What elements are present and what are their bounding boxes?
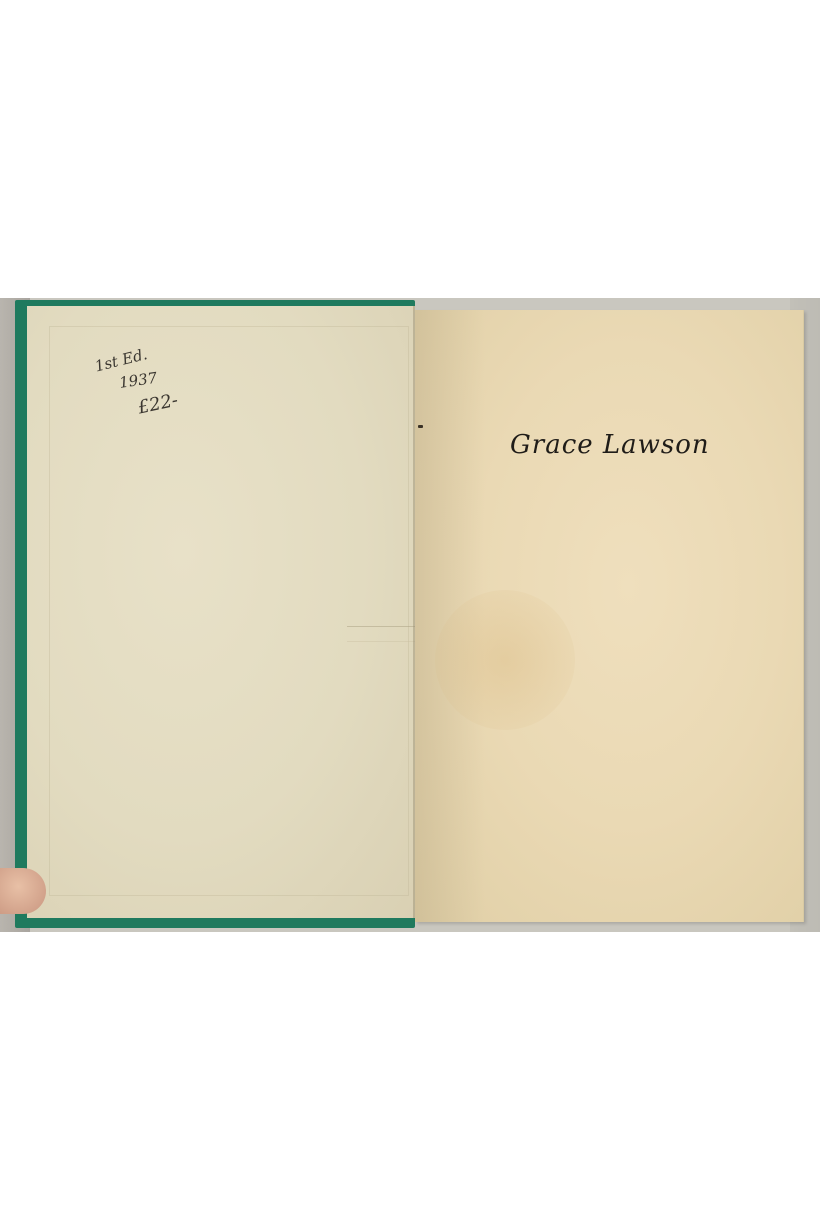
book-photo: 1st Ed. 1937 £22- Grace Lawson (0, 298, 820, 932)
ink-mark (418, 425, 423, 428)
free-endpaper (415, 310, 804, 922)
foxing-stain (435, 590, 575, 730)
thumb (0, 868, 46, 914)
owner-signature: Grace Lawson (510, 430, 710, 460)
pastedown-crease (347, 626, 415, 642)
front-pastedown (27, 306, 415, 918)
pastedown-border (49, 326, 409, 896)
spine-hinge (413, 306, 415, 918)
